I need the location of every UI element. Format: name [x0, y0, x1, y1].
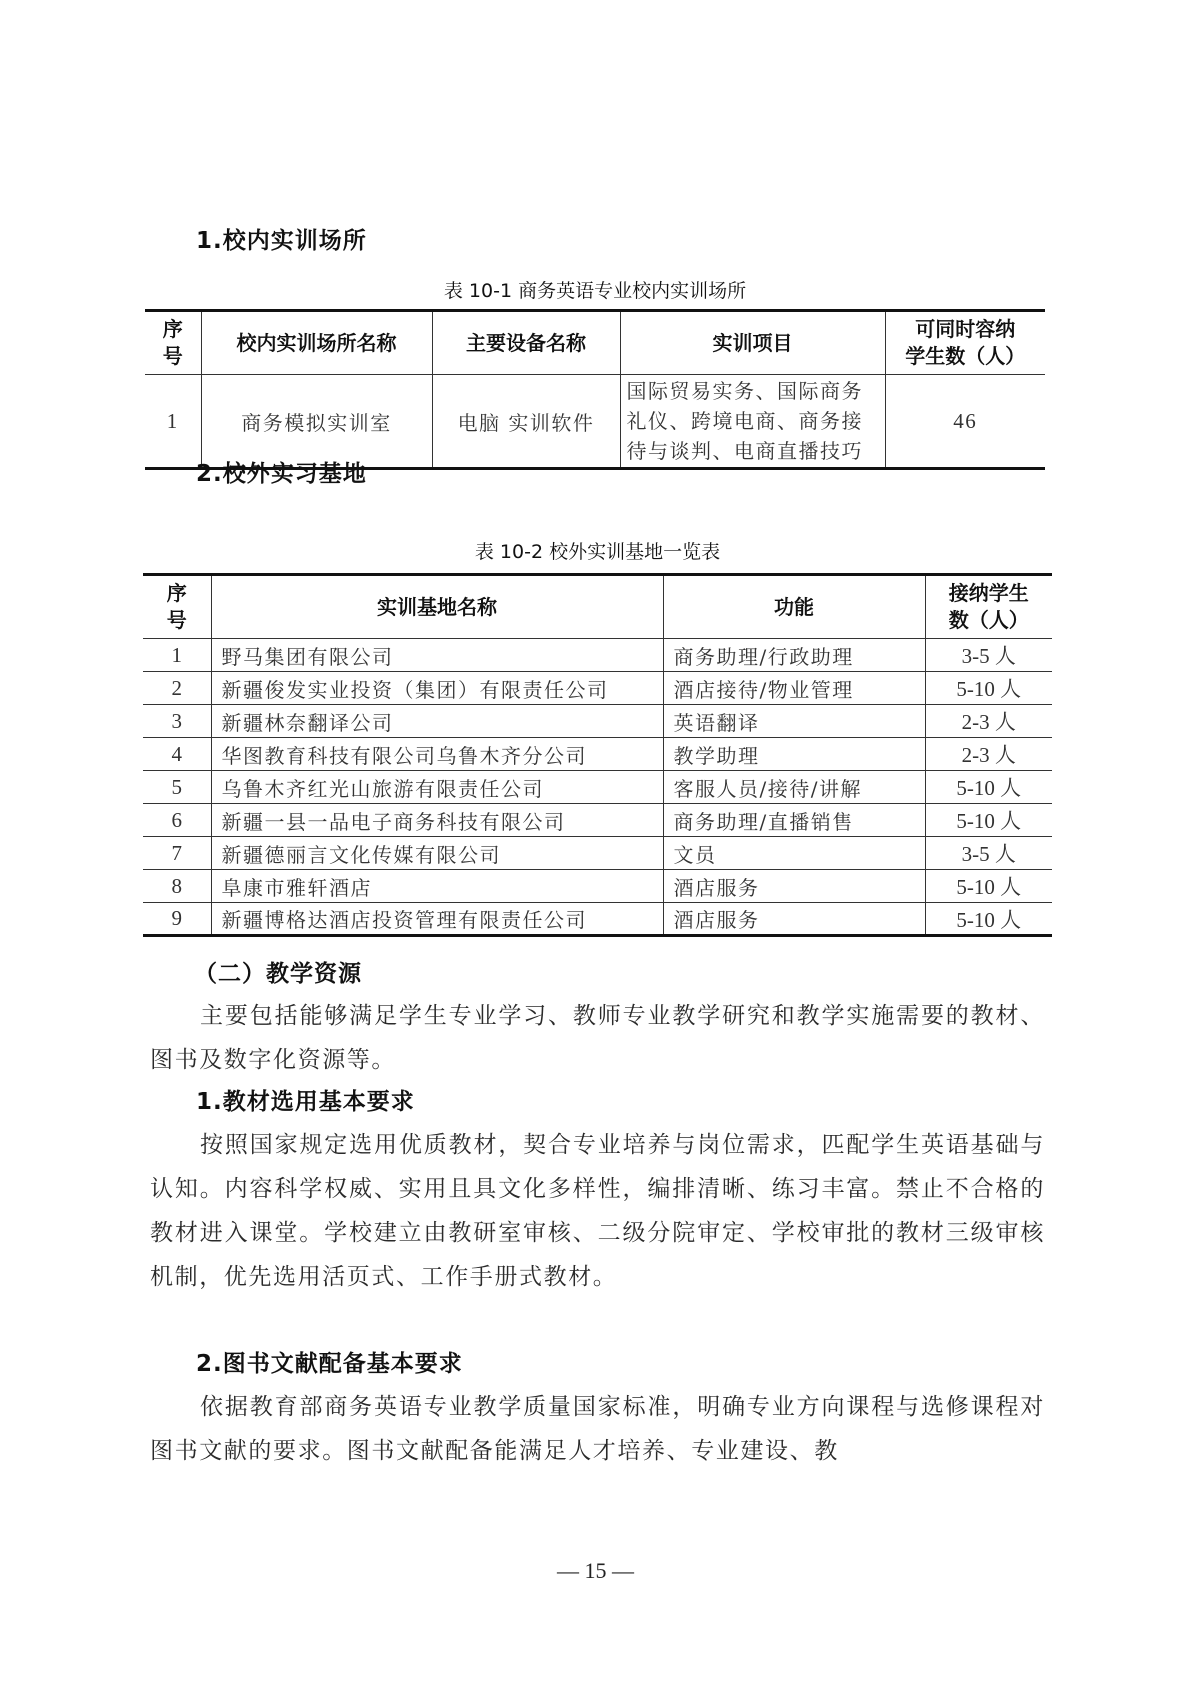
cell-seq: 7 — [143, 837, 211, 870]
table-caption-10-2: 表 10-2 校外实训基地一览表 — [143, 537, 1052, 564]
cell-projects: 国际贸易实务、国际商务 礼仪、跨境电商、商务接 待与谈判、电商直播技巧 — [620, 375, 885, 469]
cell-function: 文员 — [663, 837, 925, 870]
cell-base-name: 新疆俊发实业投资（集团）有限责任公司 — [211, 672, 663, 705]
cell-capacity: 5-10 人 — [925, 870, 1052, 903]
cell-base-name: 新疆德丽言文化传媒有限公司 — [211, 837, 663, 870]
table-header-row: 序 号 实训基地名称 功能 接纳学生 数（人） — [143, 575, 1052, 639]
cell-base-name: 阜康市雅轩酒店 — [211, 870, 663, 903]
cell-capacity: 2-3 人 — [925, 738, 1052, 771]
cell-capacity: 2-3 人 — [925, 705, 1052, 738]
table-row: 8 阜康市雅轩酒店 酒店服务 5-10 人 — [143, 870, 1052, 903]
cell-function: 英语翻译 — [663, 705, 925, 738]
subheading-textbook: 1.教材选用基本要求 — [196, 1083, 415, 1116]
table-row: 5 乌鲁木齐红光山旅游有限责任公司 客服人员/接待/讲解 5-10 人 — [143, 771, 1052, 804]
cell-capacity: 5-10 人 — [925, 903, 1052, 936]
subheading-library: 2.图书文献配备基本要求 — [196, 1345, 463, 1378]
header-capacity: 接纳学生 数（人） — [925, 575, 1052, 639]
cell-function: 酒店服务 — [663, 903, 925, 936]
cell-seq: 9 — [143, 903, 211, 936]
table-caption-10-1: 表 10-1 商务英语专业校内实训场所 — [145, 276, 1045, 303]
cell-base-name: 新疆博格达酒店投资管理有限责任公司 — [211, 903, 663, 936]
cell-base-name: 乌鲁木齐红光山旅游有限责任公司 — [211, 771, 663, 804]
table-row: 2 新疆俊发实业投资（集团）有限责任公司 酒店接待/物业管理 5-10 人 — [143, 672, 1052, 705]
table-row: 6 新疆一县一品电子商务科技有限公司 商务助理/直播销售 5-10 人 — [143, 804, 1052, 837]
header-base-name: 实训基地名称 — [211, 575, 663, 639]
cell-capacity: 3-5 人 — [925, 837, 1052, 870]
cell-function: 酒店接待/物业管理 — [663, 672, 925, 705]
table-row: 4 华图教育科技有限公司乌鲁木齐分公司 教学助理 2-3 人 — [143, 738, 1052, 771]
cell-seq: 4 — [143, 738, 211, 771]
cell-function: 教学助理 — [663, 738, 925, 771]
cell-seq: 6 — [143, 804, 211, 837]
cell-base-name: 野马集团有限公司 — [211, 639, 663, 672]
offcampus-base-table: 序 号 实训基地名称 功能 接纳学生 数（人） 1 野马集团有限公司 商务助理/… — [143, 573, 1052, 937]
cell-capacity: 46 — [885, 375, 1045, 469]
page-number: — 15 — — [0, 1558, 1191, 1584]
cell-function: 酒店服务 — [663, 870, 925, 903]
cell-equipment: 电脑 实训软件 — [432, 375, 620, 469]
cell-function: 商务助理/行政助理 — [663, 639, 925, 672]
cell-capacity: 5-10 人 — [925, 804, 1052, 837]
cell-seq: 8 — [143, 870, 211, 903]
cell-function: 商务助理/直播销售 — [663, 804, 925, 837]
cell-capacity: 5-10 人 — [925, 771, 1052, 804]
table-row: 7 新疆德丽言文化传媒有限公司 文员 3-5 人 — [143, 837, 1052, 870]
oncampus-training-table: 序 号 校内实训场所名称 主要设备名称 实训项目 可同时容纳 学生数（人） 1 … — [145, 309, 1045, 470]
paragraph-library: 依据教育部商务英语专业教学质量国家标准，明确专业方向课程与选修课程对图书文献的要… — [150, 1385, 1045, 1473]
header-projects: 实训项目 — [620, 311, 885, 375]
table-row: 1 野马集团有限公司 商务助理/行政助理 3-5 人 — [143, 639, 1052, 672]
cell-base-name: 华图教育科技有限公司乌鲁木齐分公司 — [211, 738, 663, 771]
table-row: 3 新疆林奈翻译公司 英语翻译 2-3 人 — [143, 705, 1052, 738]
cell-capacity: 5-10 人 — [925, 672, 1052, 705]
cell-seq: 1 — [145, 375, 201, 469]
cell-base-name: 新疆林奈翻译公司 — [211, 705, 663, 738]
header-site-name: 校内实训场所名称 — [201, 311, 432, 375]
table-row: 9 新疆博格达酒店投资管理有限责任公司 酒店服务 5-10 人 — [143, 903, 1052, 936]
header-equipment: 主要设备名称 — [432, 311, 620, 375]
cell-seq: 1 — [143, 639, 211, 672]
cell-function: 客服人员/接待/讲解 — [663, 771, 925, 804]
header-function: 功能 — [663, 575, 925, 639]
section-heading-oncampus: 1.校内实训场所 — [196, 222, 367, 255]
header-seq: 序 号 — [145, 311, 201, 375]
section-heading-offcampus: 2.校外实习基地 — [196, 455, 367, 488]
section-heading-teaching-resources: （二）教学资源 — [194, 955, 362, 988]
paragraph-textbook: 按照国家规定选用优质教材，契合专业培养与岗位需求，匹配学生英语基础与认知。内容科… — [150, 1123, 1045, 1299]
cell-capacity: 3-5 人 — [925, 639, 1052, 672]
cell-seq: 2 — [143, 672, 211, 705]
paragraph-intro: 主要包括能够满足学生专业学习、教师专业教学研究和教学实施需要的教材、图书及数字化… — [150, 994, 1045, 1082]
header-capacity: 可同时容纳 学生数（人） — [885, 311, 1045, 375]
table-header-row: 序 号 校内实训场所名称 主要设备名称 实训项目 可同时容纳 学生数（人） — [145, 311, 1045, 375]
header-seq: 序 号 — [143, 575, 211, 639]
cell-seq: 3 — [143, 705, 211, 738]
cell-base-name: 新疆一县一品电子商务科技有限公司 — [211, 804, 663, 837]
cell-seq: 5 — [143, 771, 211, 804]
